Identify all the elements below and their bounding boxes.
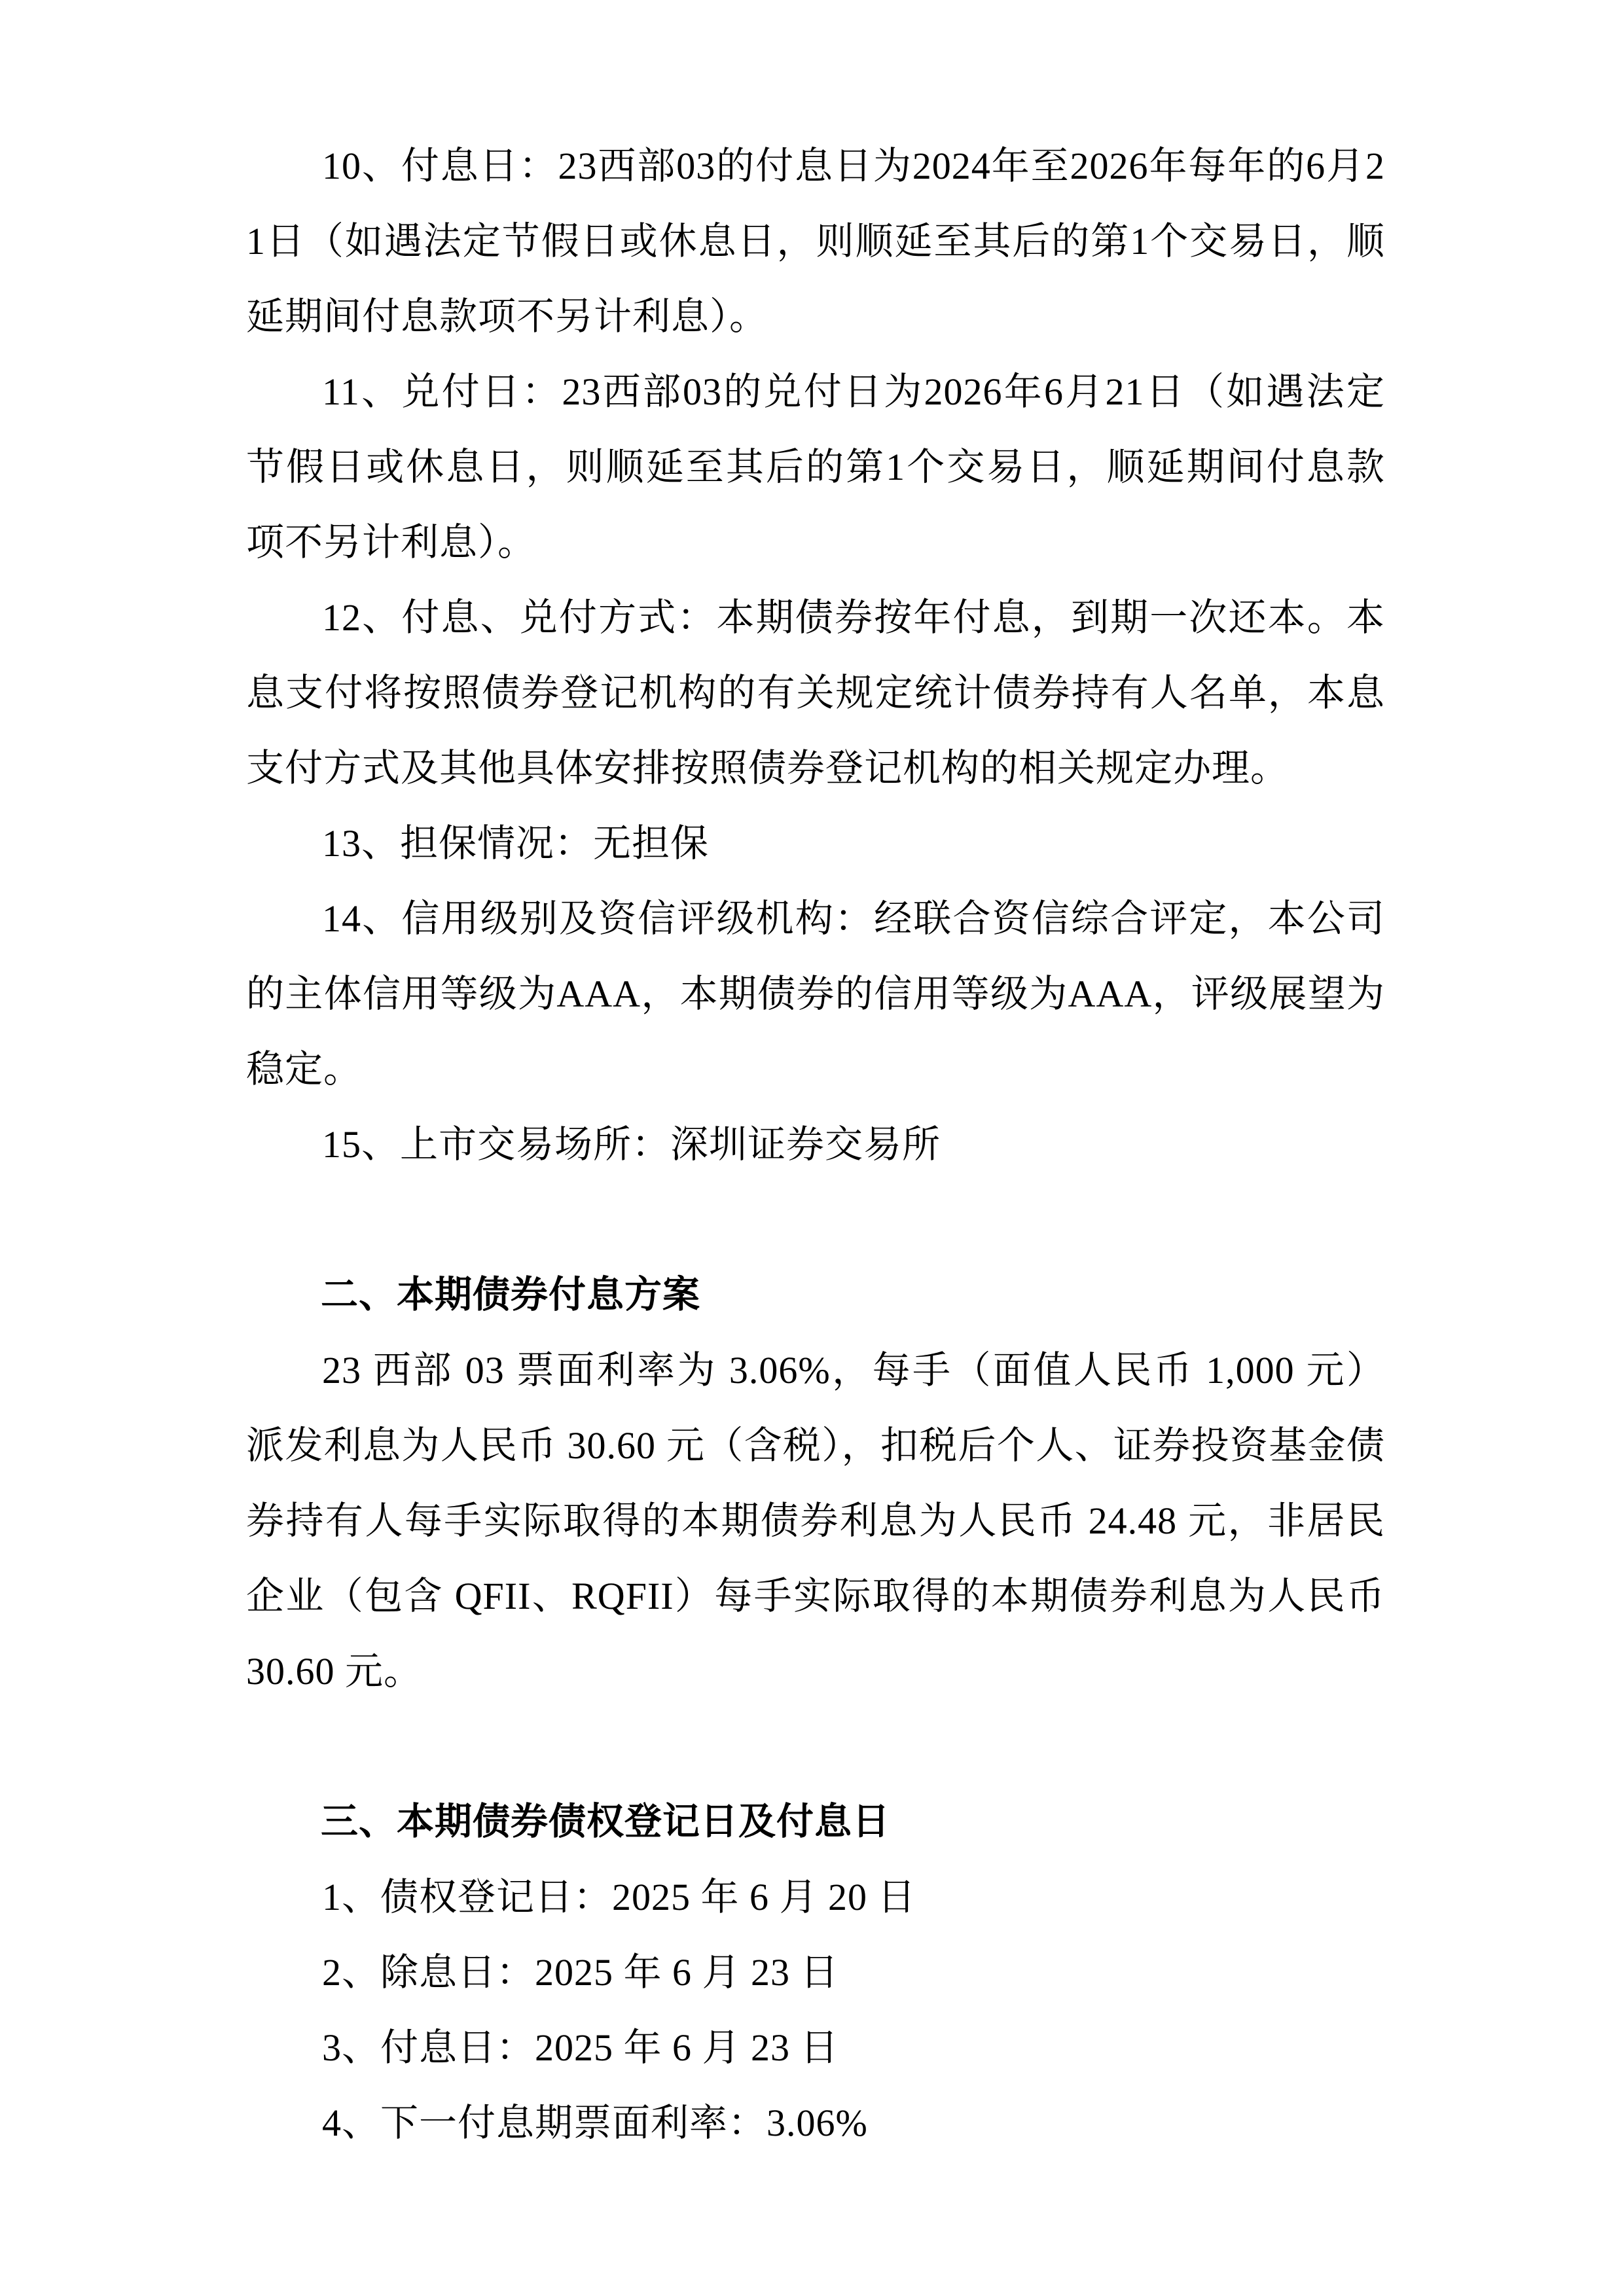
list-item-next-coupon-rate: 4、下一付息期票面利率：3.06%: [246, 2085, 1385, 2161]
list-item-record-date: 1、债权登记日：2025 年 6 月 20 日: [246, 1859, 1385, 1935]
list-item-ex-interest-date: 2、除息日：2025 年 6 月 23 日: [246, 1935, 1385, 2010]
paragraph-interest-payment-dates: 10、付息日：23西部03的付息日为2024年至2026年每年的6月21日（如遇…: [246, 128, 1385, 354]
paragraph-listing-venue: 15、上市交易场所：深圳证券交易所: [246, 1107, 1385, 1182]
document-body: 10、付息日：23西部03的付息日为2024年至2026年每年的6月21日（如遇…: [246, 128, 1385, 2161]
paragraph-redemption-date: 11、兑付日：23西部03的兑付日为2026年6月21日（如遇法定节假日或休息日…: [246, 354, 1385, 580]
section-heading-interest-plan: 二、本期债券付息方案: [246, 1257, 1385, 1333]
document-page: 10、付息日：23西部03的付息日为2024年至2026年每年的6月21日（如遇…: [0, 0, 1624, 2296]
paragraph-payment-method: 12、付息、兑付方式：本期债券按年付息，到期一次还本。本息支付将按照债券登记机构…: [246, 580, 1385, 806]
paragraph-credit-rating: 14、信用级别及资信评级机构：经联合资信综合评定，本公司的主体信用等级为AAA，…: [246, 881, 1385, 1107]
paragraph-guarantee-status: 13、担保情况：无担保: [246, 806, 1385, 881]
paragraph-interest-plan-details: 23 西部 03 票面利率为 3.06%，每手（面值人民币 1,000 元）派发…: [246, 1333, 1385, 1709]
list-item-payment-date: 3、付息日：2025 年 6 月 23 日: [246, 2010, 1385, 2085]
section-heading-record-and-payment-dates: 三、本期债券债权登记日及付息日: [246, 1784, 1385, 1859]
